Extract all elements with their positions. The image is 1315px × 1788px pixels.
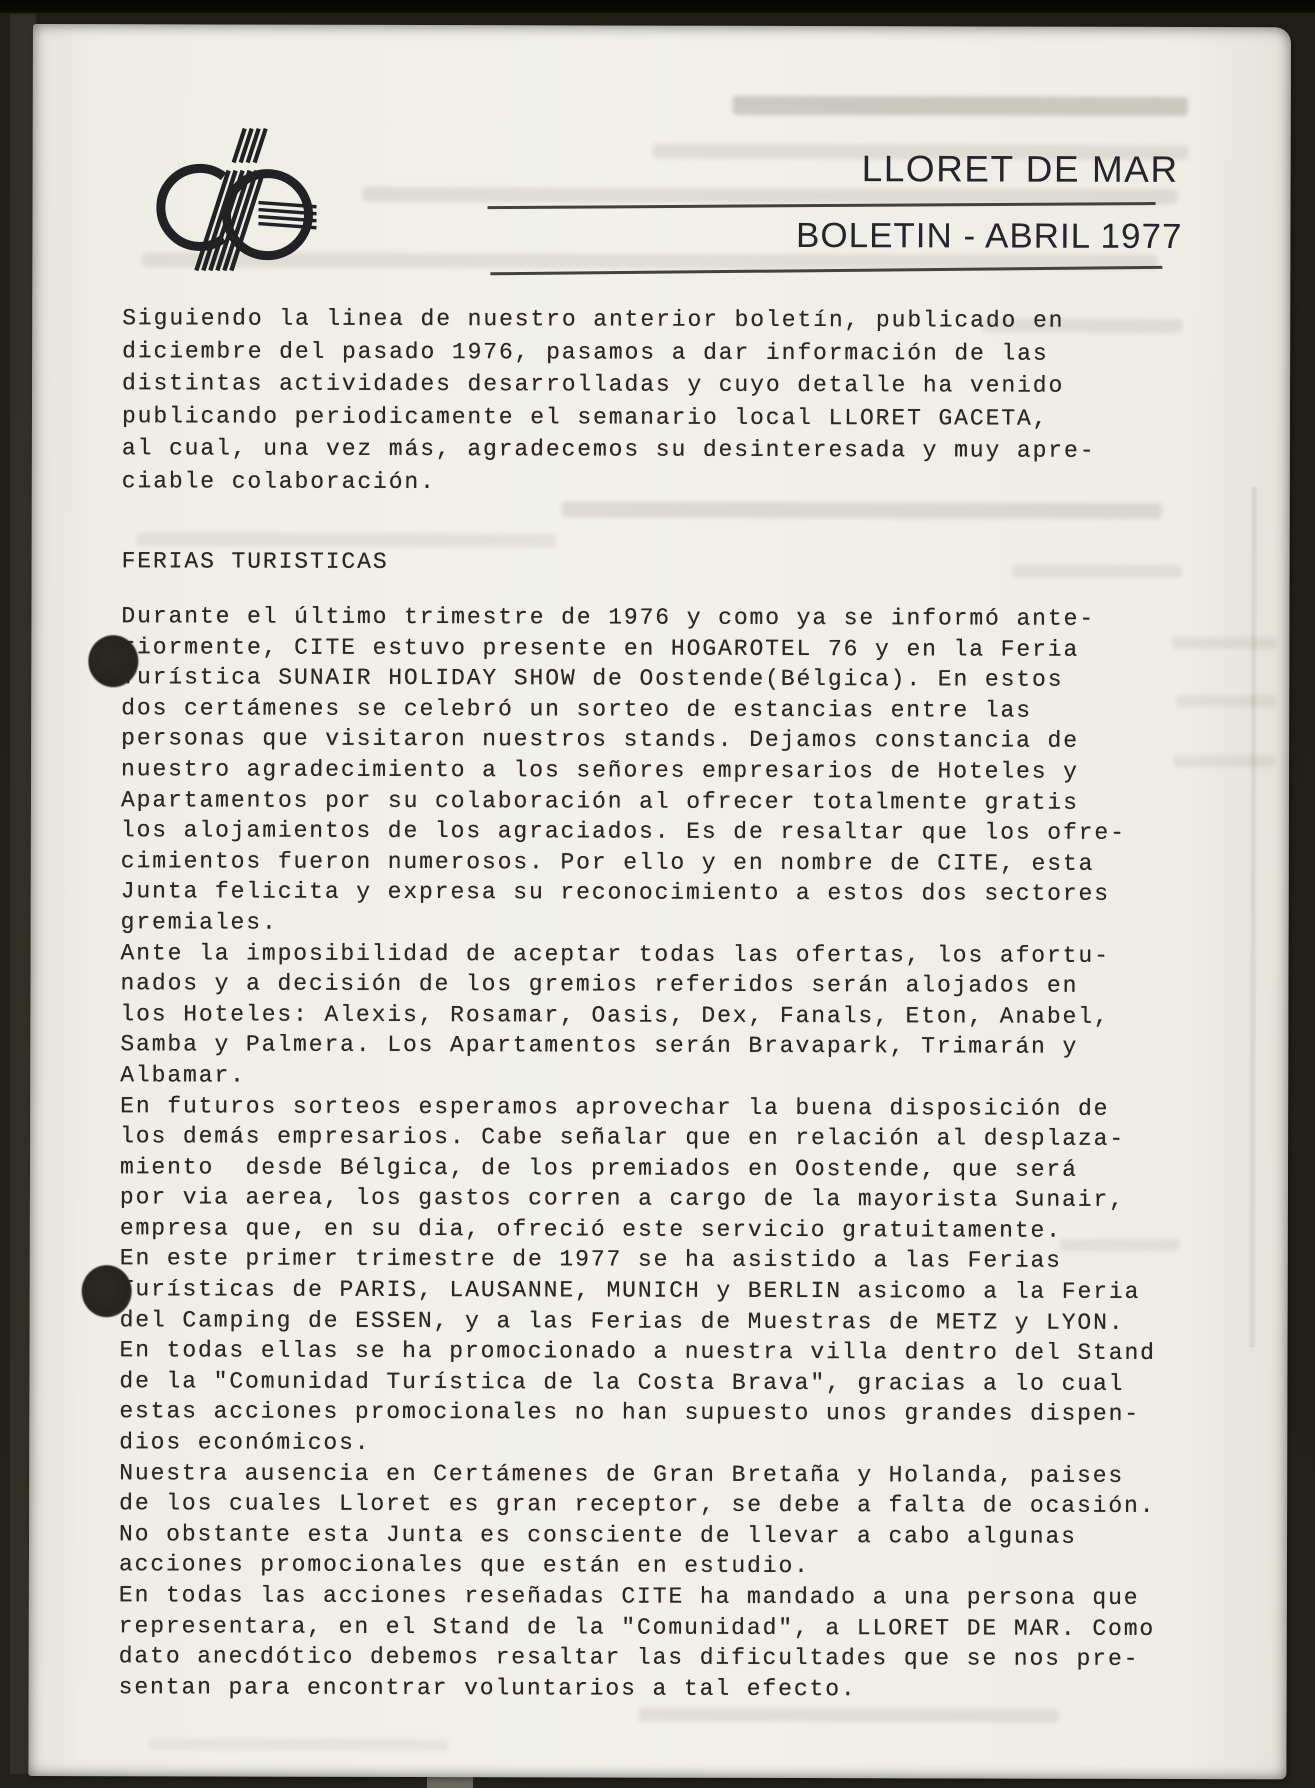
document-page: LLORET DE MAR BOLETIN - ABRIL 1977 Sigui… <box>28 24 1291 1779</box>
text-line: de los cuales Lloret es gran receptor, s… <box>119 1488 1209 1521</box>
text-line: gremiales. <box>121 907 1211 940</box>
text-line: Nuestra ausencia en Certámenes de Gran B… <box>119 1458 1209 1491</box>
paper-crease <box>1248 487 1259 1347</box>
text-line: dos certámenes se celebró un sorteo de e… <box>121 693 1211 726</box>
text-line: nados y a decisión de los gremios referi… <box>120 968 1210 1001</box>
text-line: los alojamientos de los agraciados. Es d… <box>121 815 1211 848</box>
text-line: Turística SUNAIR HOLIDAY SHOW de Oostend… <box>121 662 1211 695</box>
bleed-through-line <box>639 1708 1059 1723</box>
text-line: En todas ellas se ha promocionado a nues… <box>119 1335 1209 1368</box>
text-line: Siguiendo la linea de nuestro anterior b… <box>122 302 1212 337</box>
text-line: sentan para encontrar voluntarios a tal … <box>119 1672 1209 1705</box>
text-line: dato anecdótico debemos resaltar las dif… <box>119 1641 1209 1674</box>
text-line: En este primer trimestre de 1977 se ha a… <box>120 1244 1210 1277</box>
text-line: Ante la imposibilidad de aceptar todas l… <box>121 938 1211 971</box>
hole-punch-top <box>88 635 138 687</box>
text-line: cimientos fueron numerosos. Por ello y e… <box>121 846 1211 879</box>
text-line: diciembre del pasado 1976, pasamos a dar… <box>122 335 1212 370</box>
intro-paragraph: Siguiendo la linea de nuestro anterior b… <box>122 302 1213 500</box>
text-line: ciable colaboración. <box>122 465 1212 500</box>
text-line: Durante el último trimestre de 1976 y co… <box>121 601 1211 634</box>
text-line: personas que visitaron nuestros stands. … <box>121 724 1211 757</box>
section-body: Durante el último trimestre de 1976 y co… <box>119 601 1212 1705</box>
bleed-through-line <box>733 96 1188 116</box>
text-line: miento desde Bélgica, de los premiados e… <box>120 1152 1210 1185</box>
bulletin-subtitle: BOLETIN - ABRIL 1977 <box>482 215 1182 257</box>
text-line: Apartamentos por su colaboración al ofre… <box>121 785 1211 818</box>
text-line: estas acciones promocionales no han supu… <box>119 1397 1209 1430</box>
text-line: En todas las acciones reseñadas CITE ha … <box>119 1580 1209 1613</box>
text-line: Turísticas de PARIS, LAUSANNE, MUNICH y … <box>120 1274 1210 1307</box>
hole-punch-bottom <box>82 1265 132 1317</box>
text-line: de la "Comunidad Turística de la Costa B… <box>119 1366 1209 1399</box>
text-line: Albamar. <box>120 1060 1210 1093</box>
text-line: por via aerea, los gastos corren a cargo… <box>120 1183 1210 1216</box>
text-line: al cual, una vez más, agradecemos su des… <box>122 432 1212 467</box>
text-line: No obstante esta Junta es consciente de … <box>119 1519 1209 1552</box>
section-heading: FERIAS TURISTICAS <box>122 545 1212 580</box>
text-line: En futuros sorteos esperamos aprovechar … <box>120 1091 1210 1124</box>
text-line: los Hoteles: Alexis, Rosamar, Oasis, Dex… <box>120 999 1210 1032</box>
text-line: empresa que, en su dia, ofreció este ser… <box>120 1213 1210 1246</box>
text-line: Junta felicita y expresa su reconocimien… <box>121 877 1211 910</box>
text-line: los demás empresarios. Cabe señalar que … <box>120 1121 1210 1154</box>
text-line: acciones promocionales que están en estu… <box>119 1550 1209 1583</box>
text-line: representara, en el Stand de la "Comunid… <box>119 1611 1209 1644</box>
bleed-through-line <box>562 501 1162 519</box>
bleed-through-line <box>148 1738 448 1751</box>
text-line: riormente, CITE estuvo presente en HOGAR… <box>121 632 1211 665</box>
text-line: Samba y Palmera. Los Apartamentos serán … <box>120 1030 1210 1063</box>
text-line: del Camping de ESSEN, y a las Ferias de … <box>120 1305 1210 1338</box>
text-line: distintas actividades desarrolladas y cu… <box>122 367 1212 402</box>
text-line: publicando periodicamente el semanario l… <box>122 400 1212 435</box>
text-line: nuestro agradecimiento a los señores emp… <box>121 754 1211 787</box>
page-title: LLORET DE MAR <box>479 147 1179 191</box>
cite-logo-icon <box>138 124 320 274</box>
text-line: dios económicos. <box>119 1427 1209 1460</box>
